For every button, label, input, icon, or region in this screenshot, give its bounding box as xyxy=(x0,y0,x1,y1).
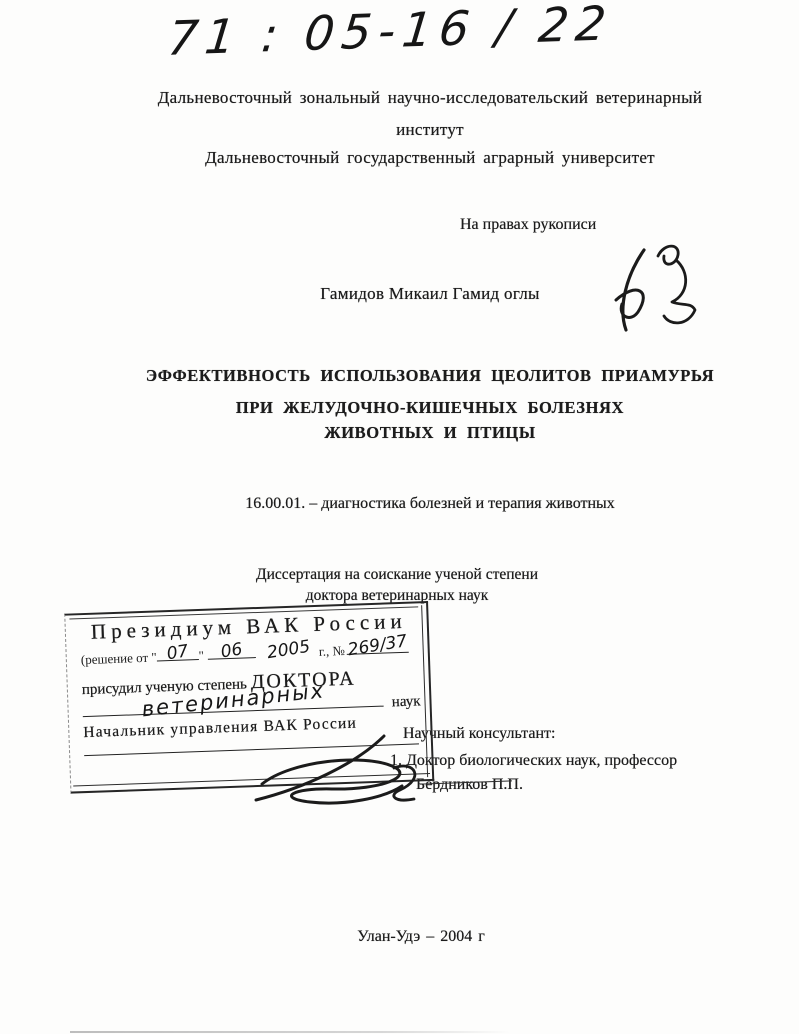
stamp-day-blank: 07 xyxy=(156,648,198,661)
institution-line-2: институт xyxy=(65,120,795,140)
handwritten-catalog-number: 71 : 05-16 / 22 xyxy=(165,0,615,67)
institution-line-1: Дальневосточный зональный научно-исследо… xyxy=(65,88,795,108)
title-line-2: ПРИ ЖЕЛУДОЧНО-КИШЕЧНЫХ БОЛЕЗНЯХ xyxy=(65,398,795,418)
stamp-decision-prefix: (решение от " xyxy=(81,650,157,669)
title-line-1: ЭФФЕКТИВНОСТЬ ИСПОЛЬЗОВАНИЯ ЦЕОЛИТОВ ПРИ… xyxy=(65,366,795,386)
stamp-number-blank: 269/37 xyxy=(347,641,409,655)
specialty-line: 16.00.01. – диагностика болезней и терап… xyxy=(65,495,795,513)
stamp-year-blank: 2005 xyxy=(261,644,317,658)
stamp-month-handwritten: 06 xyxy=(220,639,245,662)
stamp-day-handwritten: 07 xyxy=(165,641,190,664)
official-signature-icon xyxy=(232,726,437,814)
stamp-number-handwritten: 269/37 xyxy=(347,631,409,660)
stamp-month-blank: 06 xyxy=(208,646,256,660)
scanned-title-page: 71 : 05-16 / 22 Дальневосточный зональны… xyxy=(0,0,799,1034)
institution-line-3: Дальневосточный государственный аграрный… xyxy=(65,148,795,168)
stamp-year-handwritten: 2005 xyxy=(266,637,312,664)
dissertation-statement-line-1: Диссертация на соискание ученой степени xyxy=(32,566,762,584)
manuscript-rights-note: На правах рукописи xyxy=(460,216,596,234)
stamp-decision-row: (решение от " 07 " 06 2005 г., № 269/37 xyxy=(81,640,419,668)
title-line-3: ЖИВОТНЫХ И ПТИЦЫ xyxy=(65,423,795,443)
stamp-number-label: г., № xyxy=(319,643,346,660)
author-signature-icon xyxy=(592,238,704,338)
scan-edge-artifact xyxy=(70,1031,510,1033)
stamp-nauk-label: наук xyxy=(384,693,421,711)
stamp-quote-close: " xyxy=(198,648,204,664)
footer-city-year: Улан-Удэ – 2004 г xyxy=(56,928,786,946)
